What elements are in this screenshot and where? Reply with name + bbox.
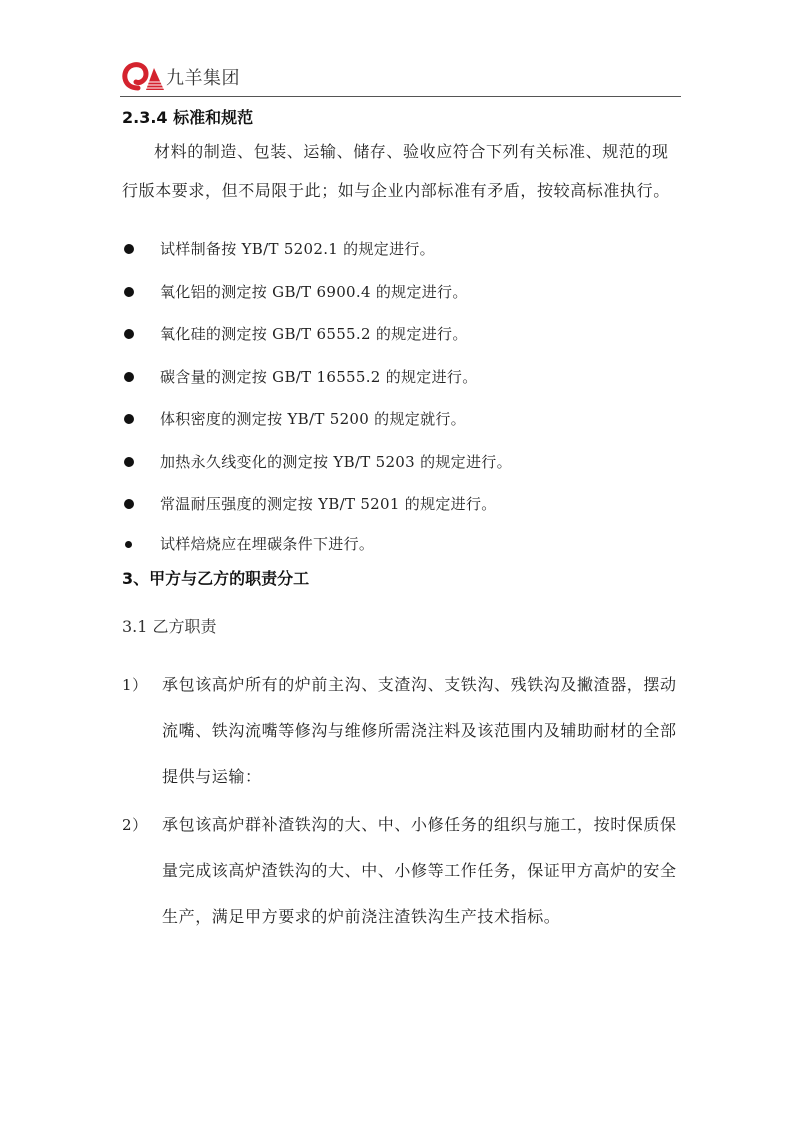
list-item: 体积密度的测定按 YB/T 5200 的规定就行。 (122, 398, 682, 441)
list-item-text: 碳含量的测定按 GB/T 16555.2 的规定进行。 (160, 368, 478, 386)
list-item-text: 承包该高炉群补渣铁沟的大、中、小修任务的组织与施工，按时保质保量完成该高炉渣铁沟… (162, 815, 677, 926)
responsibilities-list: 1） 承包该高炉所有的炉前主沟、支渣沟、支铁沟、残铁沟及撇渣器，摆动流嘴、铁沟流… (122, 662, 682, 940)
list-item: 碳含量的测定按 GB/T 16555.2 的规定进行。 (122, 356, 682, 399)
page-header: 九羊集团 (120, 58, 680, 98)
item-number: 1） (122, 662, 148, 708)
subsection-heading-3-1: 3.1 乙方职责 (122, 612, 682, 642)
list-item-text: 试样制备按 YB/T 5202.1 的规定进行。 (160, 240, 435, 258)
bullet-icon (124, 329, 134, 339)
list-item: 常温耐压强度的测定按 YB/T 5201 的规定进行。 (122, 483, 682, 526)
list-item-text: 氧化硅的测定按 GB/T 6555.2 的规定进行。 (160, 325, 468, 343)
bullet-icon (124, 499, 134, 509)
company-name: 九羊集团 (166, 64, 240, 90)
list-item: 2） 承包该高炉群补渣铁沟的大、中、小修任务的组织与施工，按时保质保量完成该高炉… (122, 802, 682, 940)
bullet-icon (124, 287, 134, 297)
item-number: 2） (122, 802, 148, 848)
list-item-text: 试样焙烧应在埋碳条件下进行。 (160, 535, 374, 553)
list-item: 氧化硅的测定按 GB/T 6555.2 的规定进行。 (122, 313, 682, 356)
list-item: 试样制备按 YB/T 5202.1 的规定进行。 (122, 228, 682, 271)
standards-intro-paragraph: 材料的制造、包装、运输、储存、验收应符合下列有关标准、规范的现行版本要求，但不局… (122, 132, 682, 210)
header-divider (120, 96, 681, 97)
bullet-icon (124, 244, 134, 254)
list-item: 氧化铝的测定按 GB/T 6900.4 的规定进行。 (122, 271, 682, 314)
standards-list: 试样制备按 YB/T 5202.1 的规定进行。 氧化铝的测定按 GB/T 69… (122, 228, 682, 562)
bullet-icon (124, 414, 134, 424)
list-item-text: 加热永久线变化的测定按 YB/T 5203 的规定进行。 (160, 453, 512, 471)
section-heading-2-3-4: 2.3.4 标准和规范 (122, 104, 682, 132)
list-item-text: 氧化铝的测定按 GB/T 6900.4 的规定进行。 (160, 283, 468, 301)
bullet-icon (124, 457, 134, 467)
document-body: 2.3.4 标准和规范 材料的制造、包装、运输、储存、验收应符合下列有关标准、规… (122, 104, 682, 942)
bullet-icon (124, 372, 134, 382)
list-item: 试样焙烧应在埋碳条件下进行。 (122, 526, 682, 562)
bullet-icon (125, 541, 132, 548)
list-item: 1） 承包该高炉所有的炉前主沟、支渣沟、支铁沟、残铁沟及撇渣器，摆动流嘴、铁沟流… (122, 662, 682, 800)
list-item-text: 常温耐压强度的测定按 YB/T 5201 的规定进行。 (160, 495, 497, 513)
list-item-text: 体积密度的测定按 YB/T 5200 的规定就行。 (160, 410, 466, 428)
company-logo-icon (120, 60, 166, 92)
section-heading-3: 3、甲方与乙方的职责分工 (122, 564, 682, 594)
list-item: 加热永久线变化的测定按 YB/T 5203 的规定进行。 (122, 441, 682, 484)
list-item-text: 承包该高炉所有的炉前主沟、支渣沟、支铁沟、残铁沟及撇渣器，摆动流嘴、铁沟流嘴等修… (162, 675, 677, 786)
